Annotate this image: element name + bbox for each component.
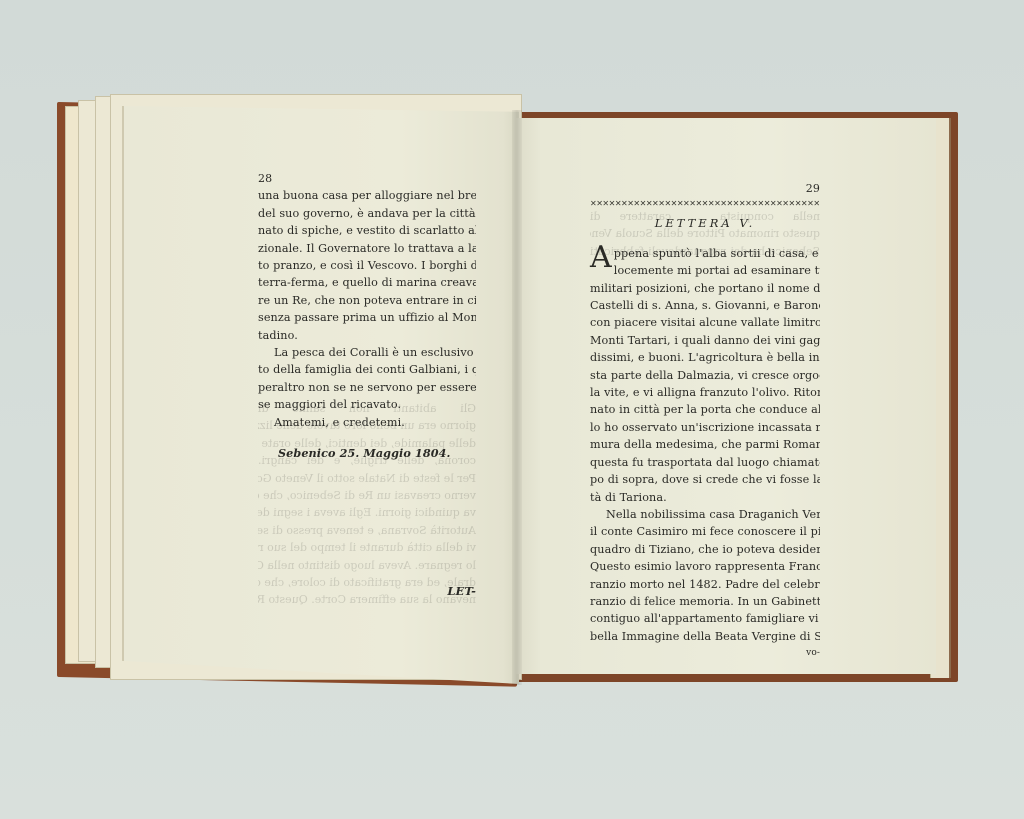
text-line: se maggiori del ricavato. xyxy=(258,396,476,413)
text-line: senza passare prima un uffizio al Monarc… xyxy=(258,309,476,326)
text-line: tadino. xyxy=(258,327,476,344)
text-line: dissimi, e buoni. L'agricoltura è bella … xyxy=(590,349,820,366)
book-gutter xyxy=(512,110,522,685)
text-line: lo ho osservato un'iscrizione incassata … xyxy=(590,419,820,436)
text-line: Questo esimio lavoro rappresenta Frances… xyxy=(590,558,820,575)
text-line: Nella nobilissima casa Draganich Veranzi… xyxy=(590,506,820,523)
text-line: del suo governo, è andava per la città c… xyxy=(258,205,476,222)
catchword: LET- xyxy=(258,583,476,600)
page-number: 28 xyxy=(258,170,476,187)
drop-cap: A xyxy=(590,245,612,271)
text-line: bella Immagine della Beata Vergine di Sc… xyxy=(590,628,820,645)
text-line: questa fu trasportata dal luogo chiamato… xyxy=(590,454,820,471)
catchword: vo- xyxy=(590,645,820,662)
text-line: mura della medesima, che parmi Romana; xyxy=(590,436,820,453)
text-line: nato in città per la porta che conduce a… xyxy=(590,401,820,418)
text-line: ppena spuntò l'alba sortii di casa, e ve… xyxy=(614,245,820,262)
text-line: terra-ferma, e quello di marina creavano… xyxy=(258,274,476,291)
text-line: po di sopra, dove si crede che vi fosse … xyxy=(590,471,820,488)
text-line: La pesca dei Coralli è un esclusivo diri… xyxy=(258,344,476,361)
text-line: peraltro non se ne servono per essere le… xyxy=(258,379,476,396)
text-line: ranzio di felice memoria. In un Gabinett… xyxy=(590,593,820,610)
text-line: to della famiglia dei conti Galbiani, i … xyxy=(258,361,476,378)
text-line: con piacere visitai alcune vallate limit… xyxy=(590,314,820,331)
text-line: contiguo all'appartamento famigliare vi … xyxy=(590,610,820,627)
text-line: nato di spiche, e vestito di scarlatto a… xyxy=(258,222,476,239)
page-number: 29 xyxy=(590,180,820,197)
dateline: Sebenico 25. Maggio 1804. xyxy=(258,445,476,462)
text-line: tà di Tariona. xyxy=(590,489,820,506)
text-line: ranzio morto nel 1482. Padre del celebre… xyxy=(590,576,820,593)
text-line: sta parte della Dalmazia, vi cresce orgo… xyxy=(590,367,820,384)
text-line: zionale. Il Governatore lo trattava a la… xyxy=(258,240,476,257)
text-line: il conte Casimiro mi fece conoscere il p… xyxy=(590,523,820,540)
text-line: Castelli di s. Anna, s. Giovanni, e Baro… xyxy=(590,297,820,314)
text-line: una buona casa per alloggiare nel breve … xyxy=(258,187,476,204)
text-line: Monti Tartari, i quali danno dei vini ga… xyxy=(590,332,820,349)
text-line: re un Re, che non poteva entrare in citt… xyxy=(258,292,476,309)
text-line: to pranzo, e così il Vescovo. I borghi d… xyxy=(258,257,476,274)
left-page-text: 28 una buona casa per alloggiare nel bre… xyxy=(258,170,476,600)
closing-line: Amatemi, e credetemi. xyxy=(258,414,476,431)
text-line: locemente mi portai ad esaminare tutte q… xyxy=(614,262,820,279)
text-line: la vite, e vi alligna franzuto l'olivo. … xyxy=(590,384,820,401)
letter-heading: LETTERA V. xyxy=(590,215,820,232)
text-line: quadro di Tiziano, che io poteva desider… xyxy=(590,541,820,558)
right-page-text: 29 ✕✕✕✕✕✕✕✕✕✕✕✕✕✕✕✕✕✕✕✕✕✕✕✕✕✕✕✕✕✕✕✕✕✕✕✕✕… xyxy=(590,180,820,663)
ornamental-rule: ✕✕✕✕✕✕✕✕✕✕✕✕✕✕✕✕✕✕✕✕✕✕✕✕✕✕✕✕✕✕✕✕✕✕✕✕✕✕ xyxy=(590,199,820,209)
text-line: militari posizioni, che portano il nome … xyxy=(590,280,820,297)
